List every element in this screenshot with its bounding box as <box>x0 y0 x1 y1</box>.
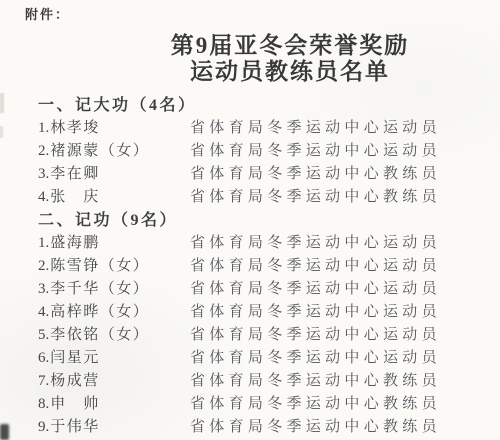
attachment-label: 附件： <box>25 4 70 23</box>
list-item: 6.闫星元省体育局冬季运动中心运动员 <box>38 347 482 370</box>
person-name-cell: 2.陈雪铮（女） <box>38 255 190 278</box>
person-unit: 省体育局冬季运动中心教练员 <box>190 416 441 439</box>
item-number: 4. <box>38 189 49 205</box>
person-name: 闫星元 <box>50 350 100 366</box>
list-item: 9.于伟华省体育局冬季运动中心教练员 <box>38 416 482 439</box>
section-heading: 二、记功（9名） <box>38 209 482 232</box>
person-name: 申 帅 <box>50 396 100 412</box>
document-title: 第9届亚冬会荣誉奖励 运动员教练员名单 <box>80 33 500 85</box>
person-unit: 省体育局冬季运动中心运动员 <box>190 232 441 255</box>
section-heading: 一、记大功（4名） <box>38 94 482 117</box>
person-unit: 省体育局冬季运动中心运动员 <box>190 117 441 140</box>
person-unit: 省体育局冬季运动中心运动员 <box>190 347 441 370</box>
list-item: 3.李在卿省体育局冬季运动中心教练员 <box>38 163 482 186</box>
item-number: 9. <box>38 419 49 435</box>
person-name: 陈雪铮（女） <box>50 258 149 274</box>
list-item: 1.盛海鹏省体育局冬季运动中心运动员 <box>38 232 482 255</box>
title-line-1: 第9届亚冬会荣誉奖励 <box>80 33 500 59</box>
list-item: 2.陈雪铮（女）省体育局冬季运动中心运动员 <box>38 255 482 278</box>
item-number: 2. <box>38 143 49 159</box>
person-name-cell: 8.申 帅 <box>38 393 190 416</box>
scan-artifact <box>0 424 9 440</box>
person-name-cell: 3.李千华（女） <box>38 278 190 301</box>
person-unit: 省体育局冬季运动中心教练员 <box>190 370 441 393</box>
person-name: 李在卿 <box>50 166 100 182</box>
item-number: 2. <box>38 258 49 274</box>
item-number: 1. <box>38 235 49 251</box>
list-item: 4.高梓晔（女）省体育局冬季运动中心运动员 <box>38 301 482 324</box>
list-item: 8.申 帅省体育局冬季运动中心教练员 <box>38 393 482 416</box>
list-item: 3.李千华（女）省体育局冬季运动中心运动员 <box>38 278 482 301</box>
person-name-cell: 3.李在卿 <box>38 163 190 186</box>
person-name-cell: 2.褚源蒙（女） <box>38 140 190 163</box>
person-name-cell: 7.杨成营 <box>38 370 190 393</box>
item-number: 6. <box>38 350 49 366</box>
person-name: 林孝埈 <box>50 120 100 136</box>
person-name-cell: 4.张 庆 <box>38 186 190 209</box>
person-name-cell: 5.李依铭（女） <box>38 324 190 347</box>
person-name-cell: 4.高梓晔（女） <box>38 301 190 324</box>
person-name: 杨成营 <box>50 373 100 389</box>
person-name-cell: 1.盛海鹏 <box>38 232 190 255</box>
person-name-cell: 1.林孝埈 <box>38 117 190 140</box>
person-name-cell: 9.于伟华 <box>38 416 190 439</box>
person-unit: 省体育局冬季运动中心教练员 <box>190 186 441 209</box>
scan-artifact <box>0 126 3 138</box>
item-number: 4. <box>38 304 49 320</box>
award-list: 一、记大功（4名）1.林孝埈省体育局冬季运动中心运动员2.褚源蒙（女）省体育局冬… <box>38 94 482 439</box>
scanned-document-page: 附件： 第9届亚冬会荣誉奖励 运动员教练员名单 一、记大功（4名）1.林孝埈省体… <box>0 0 500 440</box>
person-unit: 省体育局冬季运动中心教练员 <box>190 393 441 416</box>
person-unit: 省体育局冬季运动中心教练员 <box>190 163 441 186</box>
item-number: 5. <box>38 327 49 343</box>
item-number: 8. <box>38 396 49 412</box>
scan-artifact <box>0 93 4 113</box>
person-name: 盛海鹏 <box>50 235 100 251</box>
item-number: 3. <box>38 281 49 297</box>
person-name: 高梓晔（女） <box>50 304 149 320</box>
person-name: 李千华（女） <box>50 281 149 297</box>
title-line-2: 运动员教练员名单 <box>80 59 500 85</box>
person-unit: 省体育局冬季运动中心运动员 <box>190 278 441 301</box>
list-item: 1.林孝埈省体育局冬季运动中心运动员 <box>38 117 482 140</box>
person-unit: 省体育局冬季运动中心运动员 <box>190 301 441 324</box>
person-unit: 省体育局冬季运动中心运动员 <box>190 324 441 347</box>
item-number: 7. <box>38 373 49 389</box>
item-number: 1. <box>38 120 49 136</box>
list-item: 7.杨成营省体育局冬季运动中心教练员 <box>38 370 482 393</box>
person-name: 张 庆 <box>50 189 100 205</box>
list-item: 2.褚源蒙（女）省体育局冬季运动中心运动员 <box>38 140 482 163</box>
person-name-cell: 6.闫星元 <box>38 347 190 370</box>
person-name: 于伟华 <box>50 419 100 435</box>
person-name: 褚源蒙（女） <box>50 143 149 159</box>
item-number: 3. <box>38 166 49 182</box>
list-item: 4.张 庆省体育局冬季运动中心教练员 <box>38 186 482 209</box>
list-item: 5.李依铭（女）省体育局冬季运动中心运动员 <box>38 324 482 347</box>
person-name: 李依铭（女） <box>50 327 149 343</box>
person-unit: 省体育局冬季运动中心运动员 <box>190 255 441 278</box>
person-unit: 省体育局冬季运动中心运动员 <box>190 140 441 163</box>
